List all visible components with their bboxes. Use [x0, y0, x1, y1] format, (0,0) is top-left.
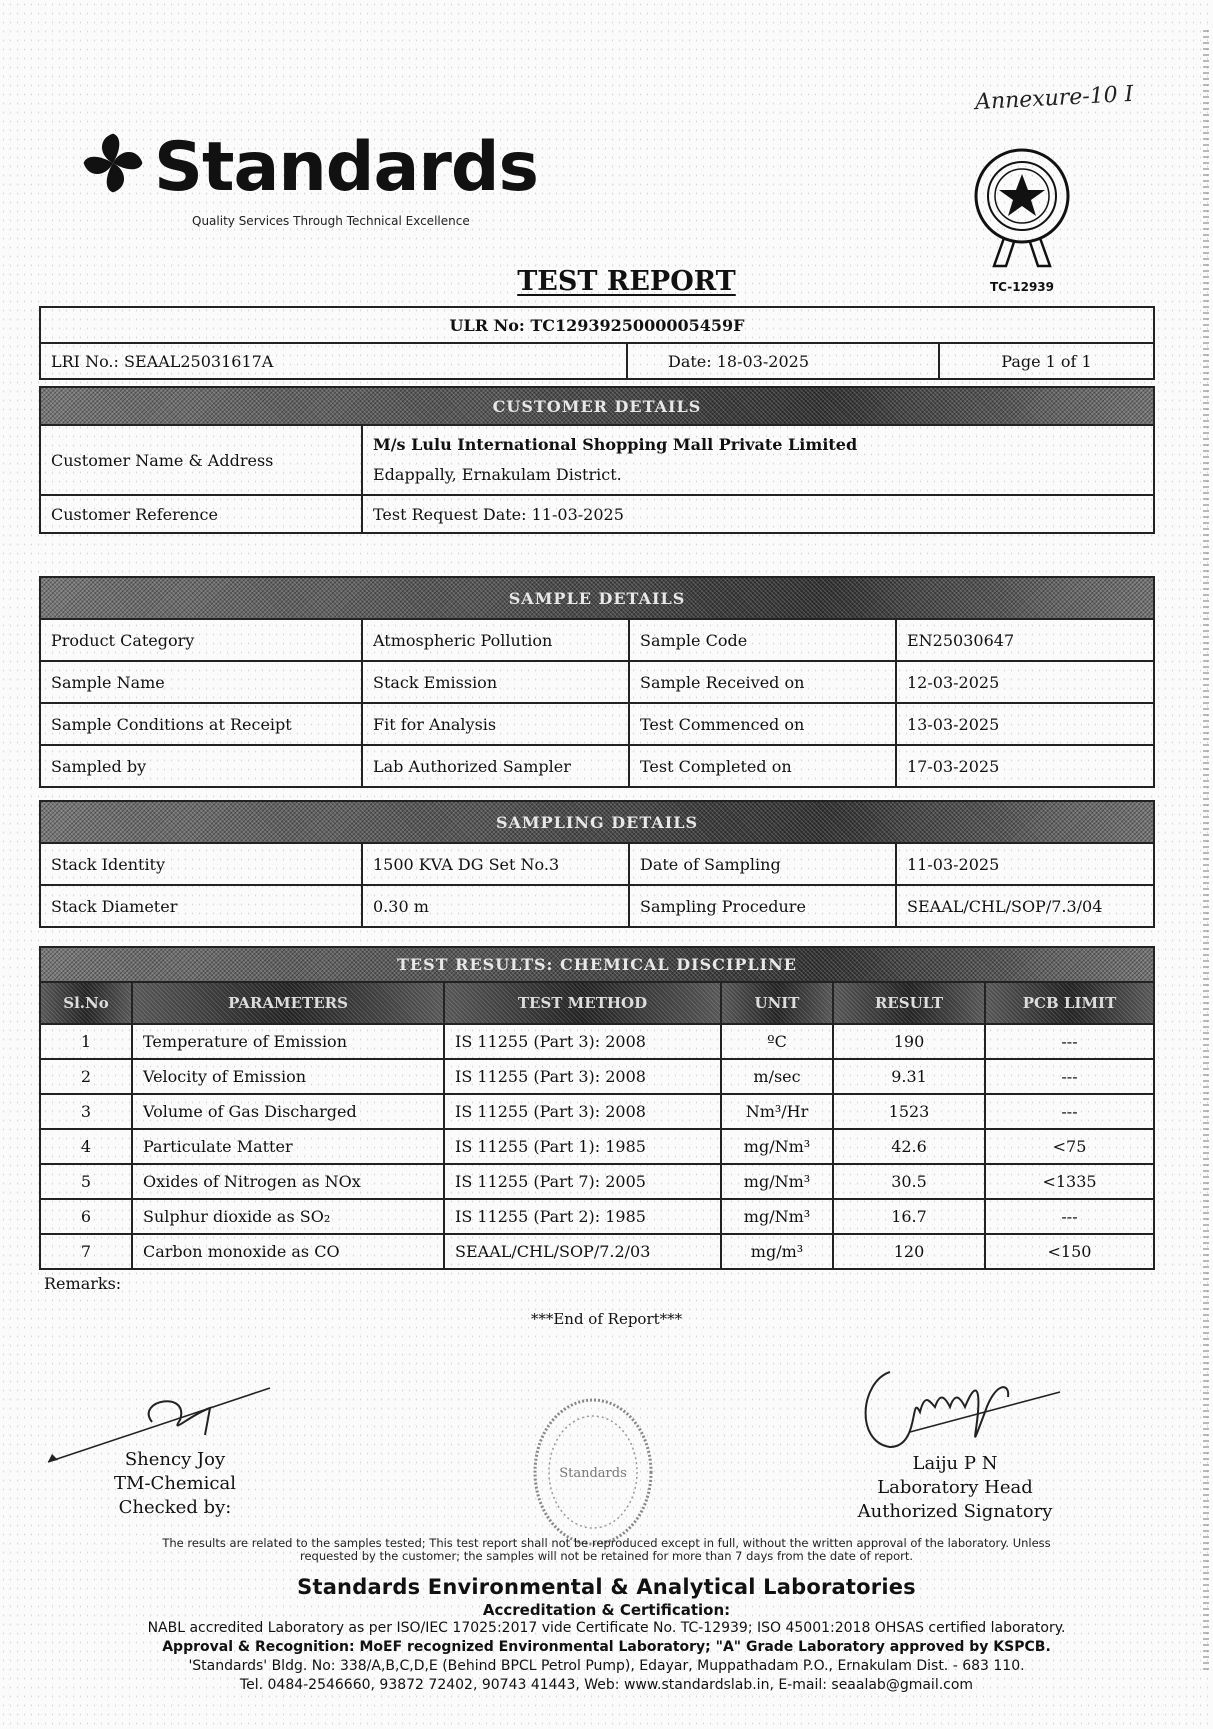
- row-number: 1: [40, 1024, 132, 1059]
- accreditation-seal-icon: [962, 138, 1082, 278]
- field-label: Sampling Procedure: [629, 885, 896, 927]
- report-id-table: ULR No: TC1293925000005459F LRI No.: SEA…: [39, 306, 1155, 380]
- lab-stamp: Standards: [528, 1392, 658, 1552]
- result-value: 9.31: [833, 1059, 985, 1094]
- table-row: 6Sulphur dioxide as SO₂IS 11255 (Part 2)…: [40, 1199, 1154, 1234]
- field-label: Date of Sampling: [629, 843, 896, 885]
- row-number: 3: [40, 1094, 132, 1129]
- field-label: Sample Received on: [629, 661, 896, 703]
- sample-details-table: SAMPLE DETAILS Product Category Atmosphe…: [39, 576, 1155, 788]
- customer-reference: Test Request Date: 11-03-2025: [362, 495, 1154, 533]
- field-value: Fit for Analysis: [362, 703, 629, 745]
- brand-tagline: Quality Services Through Technical Excel…: [192, 214, 470, 228]
- field-value: Atmospheric Pollution: [362, 619, 629, 661]
- field-value: 12-03-2025: [896, 661, 1154, 703]
- field-label: Sampled by: [40, 745, 362, 787]
- test-method: IS 11255 (Part 3): 2008: [444, 1094, 721, 1129]
- lab-seal-icon: Standards: [528, 1392, 658, 1552]
- remarks-label: Remarks:: [44, 1274, 121, 1293]
- handwritten-annotation: Annexure-10 I: [974, 82, 1134, 115]
- section-header-results: TEST RESULTS: CHEMICAL DISCIPLINE: [40, 947, 1154, 982]
- field-value: 13-03-2025: [896, 703, 1154, 745]
- accreditation-heading: Accreditation & Certification:: [0, 1601, 1213, 1619]
- field-label: Stack Identity: [40, 843, 362, 885]
- sampling-details-table: SAMPLING DETAILS Stack Identity 1500 KVA…: [39, 800, 1155, 928]
- field-label: Stack Diameter: [40, 885, 362, 927]
- pcb-limit: <1335: [985, 1164, 1154, 1199]
- result-value: 42.6: [833, 1129, 985, 1164]
- parameter-name: Particulate Matter: [132, 1129, 444, 1164]
- disclaimer: The results are related to the samples t…: [60, 1537, 1153, 1563]
- parameter-name: Volume of Gas Discharged: [132, 1094, 444, 1129]
- ulr-number: ULR No: TC1293925000005459F: [40, 307, 1154, 343]
- pcb-limit: <150: [985, 1234, 1154, 1269]
- result-value: 1523: [833, 1094, 985, 1129]
- customer-name-label: Customer Name & Address: [40, 425, 362, 495]
- table-row: 7Carbon monoxide as COSEAAL/CHL/SOP/7.2/…: [40, 1234, 1154, 1269]
- field-value: 17-03-2025: [896, 745, 1154, 787]
- signatory-name: Shency Joy: [90, 1448, 260, 1472]
- field-label: Sample Code: [629, 619, 896, 661]
- lab-name: Standards Environmental & Analytical Lab…: [0, 1575, 1213, 1599]
- page-number: Page 1 of 1: [939, 343, 1154, 379]
- field-value: 11-03-2025: [896, 843, 1154, 885]
- report-date: Date: 18-03-2025: [627, 343, 939, 379]
- test-method: SEAAL/CHL/SOP/7.2/03: [444, 1234, 721, 1269]
- parameter-name: Oxides of Nitrogen as NOx: [132, 1164, 444, 1199]
- field-label: Sample Conditions at Receipt: [40, 703, 362, 745]
- test-results-table: TEST RESULTS: CHEMICAL DISCIPLINE Sl.No …: [39, 946, 1155, 1270]
- table-row: Sampled by Lab Authorized Sampler Test C…: [40, 745, 1154, 787]
- pcb-limit: ---: [985, 1094, 1154, 1129]
- test-method: IS 11255 (Part 3): 2008: [444, 1024, 721, 1059]
- table-row: 3Volume of Gas DischargedIS 11255 (Part …: [40, 1094, 1154, 1129]
- column-header: UNIT: [721, 982, 833, 1024]
- pcb-limit: ---: [985, 1024, 1154, 1059]
- signatory-designation: Laboratory Head: [855, 1476, 1055, 1500]
- result-value: 30.5: [833, 1164, 985, 1199]
- section-header-sampling: SAMPLING DETAILS: [40, 801, 1154, 843]
- signatory-role: Checked by:: [90, 1496, 260, 1520]
- authorized-signatory: Laiju P N Laboratory Head Authorized Sig…: [855, 1452, 1055, 1524]
- row-number: 2: [40, 1059, 132, 1094]
- footer-line: NABL accredited Laboratory as per ISO/IE…: [0, 1619, 1213, 1638]
- signature-authorized-icon: [850, 1352, 1080, 1462]
- customer-details-table: CUSTOMER DETAILS Customer Name & Address…: [39, 386, 1155, 534]
- table-row: Stack Identity 1500 KVA DG Set No.3 Date…: [40, 843, 1154, 885]
- checked-by-signatory: Shency Joy TM-Chemical Checked by:: [90, 1448, 260, 1520]
- test-method: IS 11255 (Part 2): 1985: [444, 1199, 721, 1234]
- field-label: Product Category: [40, 619, 362, 661]
- unit: mg/Nm³: [721, 1199, 833, 1234]
- report-title: TEST REPORT: [0, 266, 1213, 297]
- pcb-limit: ---: [985, 1199, 1154, 1234]
- customer-address: Edappally, Ernakulam District.: [373, 460, 1143, 490]
- lri-number: LRI No.: SEAAL25031617A: [40, 343, 627, 379]
- table-row: Stack Diameter 0.30 m Sampling Procedure…: [40, 885, 1154, 927]
- unit: mg/Nm³: [721, 1164, 833, 1199]
- signatory-name: Laiju P N: [855, 1452, 1055, 1476]
- column-header: RESULT: [833, 982, 985, 1024]
- column-header: TEST METHOD: [444, 982, 721, 1024]
- unit: ºC: [721, 1024, 833, 1059]
- end-of-report: ***End of Report***: [0, 1310, 1213, 1328]
- table-row: 1Temperature of EmissionIS 11255 (Part 3…: [40, 1024, 1154, 1059]
- field-label: Sample Name: [40, 661, 362, 703]
- table-row: Sample Name Stack Emission Sample Receiv…: [40, 661, 1154, 703]
- result-value: 120: [833, 1234, 985, 1269]
- row-number: 4: [40, 1129, 132, 1164]
- customer-reference-label: Customer Reference: [40, 495, 362, 533]
- column-header: Sl.No: [40, 982, 132, 1024]
- parameter-name: Carbon monoxide as CO: [132, 1234, 444, 1269]
- table-row: Sample Conditions at Receipt Fit for Ana…: [40, 703, 1154, 745]
- unit: mg/Nm³: [721, 1129, 833, 1164]
- column-header: PARAMETERS: [132, 982, 444, 1024]
- test-method: IS 11255 (Part 7): 2005: [444, 1164, 721, 1199]
- field-value: 0.30 m: [362, 885, 629, 927]
- table-row: 5Oxides of Nitrogen as NOxIS 11255 (Part…: [40, 1164, 1154, 1199]
- svg-text:Standards: Standards: [559, 1466, 627, 1481]
- table-row: Product Category Atmospheric Pollution S…: [40, 619, 1154, 661]
- disclaimer-line: requested by the customer; the samples w…: [60, 1550, 1153, 1563]
- table-row: 4Particulate MatterIS 11255 (Part 1): 19…: [40, 1129, 1154, 1164]
- parameter-name: Temperature of Emission: [132, 1024, 444, 1059]
- table-row: 2Velocity of EmissionIS 11255 (Part 3): …: [40, 1059, 1154, 1094]
- footer-address: 'Standards' Bldg. No: 338/A,B,C,D,E (Beh…: [0, 1657, 1213, 1676]
- pcb-limit: <75: [985, 1129, 1154, 1164]
- result-value: 16.7: [833, 1199, 985, 1234]
- footer-contact: Tel. 0484-2546660, 93872 72402, 90743 41…: [0, 1676, 1213, 1695]
- pcb-limit: ---: [985, 1059, 1154, 1094]
- unit: m/sec: [721, 1059, 833, 1094]
- section-header-sample: SAMPLE DETAILS: [40, 577, 1154, 619]
- parameter-name: Velocity of Emission: [132, 1059, 444, 1094]
- unit: mg/m³: [721, 1234, 833, 1269]
- row-number: 5: [40, 1164, 132, 1199]
- footer: Standards Environmental & Analytical Lab…: [0, 1575, 1213, 1695]
- brand-name: Standards: [154, 138, 538, 198]
- signatory-designation: TM-Chemical: [90, 1472, 260, 1496]
- pinwheel-logo-icon: [78, 128, 148, 198]
- field-label: Test Completed on: [629, 745, 896, 787]
- parameter-name: Sulphur dioxide as SO₂: [132, 1199, 444, 1234]
- field-value: 1500 KVA DG Set No.3: [362, 843, 629, 885]
- column-header: PCB LIMIT: [985, 982, 1154, 1024]
- field-value: Lab Authorized Sampler: [362, 745, 629, 787]
- company-logo: Standards: [78, 128, 538, 198]
- field-value: SEAAL/CHL/SOP/7.3/04: [896, 885, 1154, 927]
- field-value: Stack Emission: [362, 661, 629, 703]
- section-header-customer: CUSTOMER DETAILS: [40, 387, 1154, 425]
- row-number: 6: [40, 1199, 132, 1234]
- footer-line: Approval & Recognition: MoEF recognized …: [0, 1638, 1213, 1657]
- test-method: IS 11255 (Part 1): 1985: [444, 1129, 721, 1164]
- field-label: Test Commenced on: [629, 703, 896, 745]
- result-value: 190: [833, 1024, 985, 1059]
- test-method: IS 11255 (Part 3): 2008: [444, 1059, 721, 1094]
- signatory-role: Authorized Signatory: [855, 1500, 1055, 1524]
- results-column-headers: Sl.No PARAMETERS TEST METHOD UNIT RESULT…: [40, 982, 1154, 1024]
- unit: Nm³/Hr: [721, 1094, 833, 1129]
- field-value: EN25030647: [896, 619, 1154, 661]
- customer-name: M/s Lulu International Shopping Mall Pri…: [373, 430, 1143, 460]
- row-number: 7: [40, 1234, 132, 1269]
